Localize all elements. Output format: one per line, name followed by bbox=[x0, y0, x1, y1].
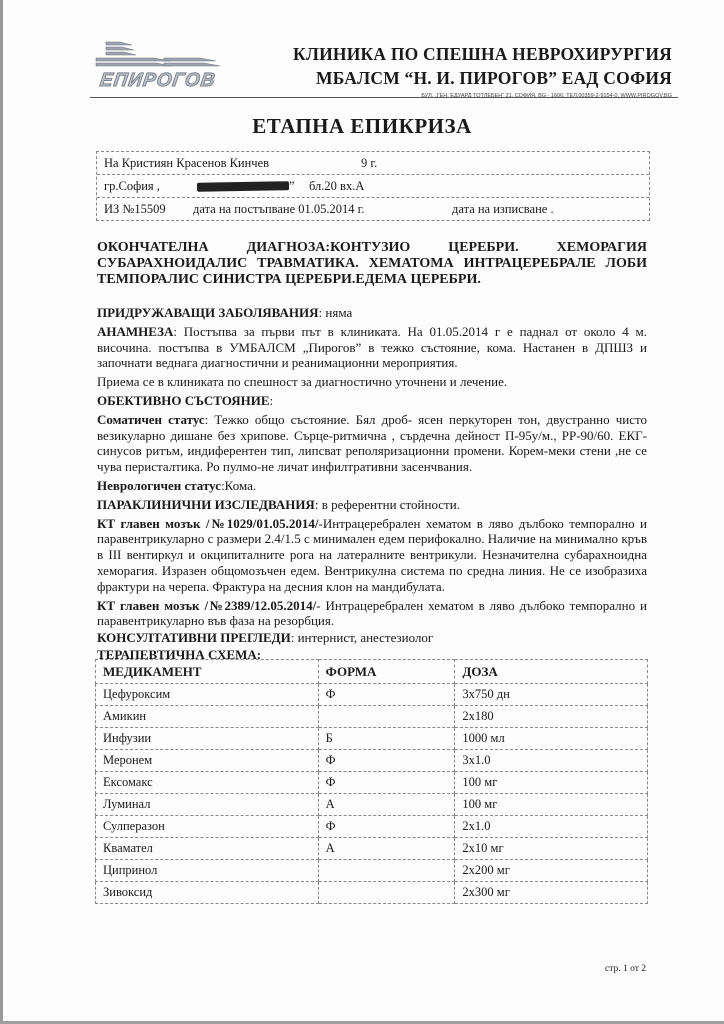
table-row: Амикин2х180 bbox=[96, 706, 648, 728]
page-number: стр. 1 от 2 bbox=[605, 964, 646, 974]
patient-name-row: На Кристиян Красенов Кинчев 9 г. bbox=[97, 152, 649, 175]
table-row: ЕксомаксФ100 мг bbox=[96, 772, 648, 794]
table-row: МеронемФ3х1.0 bbox=[96, 750, 648, 772]
table-row: СулперазонФ2х1.0 bbox=[96, 816, 648, 838]
paraclinic-label: ПАРАКЛИНИЧНИ ИЗСЛЕДВАНИЯ bbox=[97, 497, 315, 512]
final-diagnosis: ОКОНЧАТЕЛНА ДИАГНОЗА:КОНТУЗИО ЦЕРЕБРИ. Х… bbox=[97, 240, 647, 288]
form-cell: Ф bbox=[318, 772, 455, 794]
scan-edge bbox=[0, 0, 3, 1024]
form-cell bbox=[318, 860, 455, 882]
somatic-status: Соматичен статус: Тежко общо състояние. … bbox=[97, 412, 647, 475]
consult-label: КОНСУЛТАТИВНИ ПРЕГЛЕДИ bbox=[97, 630, 291, 645]
anamnesis-label: АНАМНЕЗА bbox=[97, 324, 173, 339]
medication-cell: Сулперазон bbox=[96, 816, 319, 838]
dose-cell: 3х750 дн bbox=[455, 684, 648, 706]
consultations: КОНСУЛТАТИВНИ ПРЕГЛЕДИ: интернист, анест… bbox=[97, 630, 647, 646]
street-quote: ” bbox=[289, 175, 295, 197]
dose-cell: 2х1.0 bbox=[455, 816, 648, 838]
table-row: Зивоксид2х300 мг bbox=[96, 882, 648, 904]
table-row: ИнфузииБ1000 мл bbox=[96, 728, 648, 750]
dose-cell: 2х180 bbox=[455, 706, 648, 728]
comorbidities: ПРИДРУЖАВАЩИ ЗАБОЛЯВАНИЯ: няма bbox=[97, 305, 647, 321]
medication-cell: Амикин bbox=[96, 706, 319, 728]
medication-cell: Ексомакс bbox=[96, 772, 319, 794]
medication-cell: Меронем bbox=[96, 750, 319, 772]
dose-cell: 3х1.0 bbox=[455, 750, 648, 772]
medication-cell: Цефуроксим bbox=[96, 684, 319, 706]
ct2-label: КТ главен мозък /№2389/12.05.2014/ bbox=[97, 598, 316, 613]
paraclinical-tests: ПАРАКЛИНИЧНИ ИЗСЛЕДВАНИЯ: в референтни с… bbox=[97, 497, 647, 513]
patient-info-box: На Кристиян Красенов Кинчев 9 г. гр.Софи… bbox=[96, 151, 650, 221]
dose-cell: 100 мг bbox=[455, 772, 648, 794]
form-cell: Ф bbox=[318, 684, 455, 706]
hospital-logo: ЕПИРОГОВ bbox=[92, 40, 252, 90]
form-cell bbox=[318, 706, 455, 728]
col-header-dose: ДОЗА bbox=[455, 660, 648, 684]
dose-cell: 2х10 мг bbox=[455, 838, 648, 860]
ct1-label: КТ главен мозък /№1029/01.05.2014/ bbox=[97, 516, 319, 531]
admission-note: Приема се в клиниката по спешност за диа… bbox=[97, 374, 647, 390]
clinical-sections: ПРИДРУЖАВАЩИ ЗАБОЛЯВАНИЯ: няма АНАМНЕЗА:… bbox=[97, 305, 647, 666]
record-number: ИЗ №15509 bbox=[104, 198, 166, 220]
comorbid-label: ПРИДРУЖАВАЩИ ЗАБОЛЯВАНИЯ bbox=[97, 305, 319, 320]
logo-text: ЕПИРОГОВ bbox=[98, 70, 216, 92]
patient-record-row: ИЗ №15509 дата на постъпване 01.05.2014 … bbox=[97, 198, 649, 220]
dose-cell: 2х300 мг bbox=[455, 882, 648, 904]
discharge-date: дата на изписване . bbox=[452, 198, 554, 220]
anamnesis: АНАМНЕЗА: Постъпва за първи път в клиник… bbox=[97, 324, 647, 371]
patient-city: гр.София , bbox=[104, 175, 160, 197]
hospital-name: МБАЛСМ “Н. И. ПИРОГОВ” ЕАД СОФИЯ bbox=[293, 68, 672, 89]
admission-date: дата на постъпване 01.05.2014 г. bbox=[193, 198, 365, 220]
comorbid-value: : няма bbox=[319, 305, 353, 320]
form-cell: А bbox=[318, 838, 455, 860]
header-divider bbox=[90, 97, 678, 98]
patient-name: На Кристиян Красенов Кинчев bbox=[104, 152, 269, 174]
form-cell: Ф bbox=[318, 750, 455, 772]
dose-cell: 100 мг bbox=[455, 794, 648, 816]
clinic-name: КЛИНИКА ПО СПЕШНА НЕВРОХИРУРГИЯ bbox=[293, 44, 672, 65]
objective-status: ОБЕКТИВНО СЪСТОЯНИЕ: bbox=[97, 393, 647, 409]
table-row: КваматeлА2х10 мг bbox=[96, 838, 648, 860]
ct-scan-2: КТ главен мозък /№2389/12.05.2014/- Интр… bbox=[97, 598, 647, 630]
document-title: ЕТАПНА ЕПИКРИЗА bbox=[0, 114, 724, 139]
table-row: Ципринол2х200 мг bbox=[96, 860, 648, 882]
form-cell: Ф bbox=[318, 816, 455, 838]
medication-cell: Инфузии bbox=[96, 728, 319, 750]
neuro-label: Неврологичен статус bbox=[97, 478, 221, 493]
clinic-header: КЛИНИКА ПО СПЕШНА НЕВРОХИРУРГИЯ МБАЛСМ “… bbox=[293, 44, 672, 99]
paraclinic-text: : в референтни стойности. bbox=[315, 497, 460, 512]
medication-cell: Луминал bbox=[96, 794, 319, 816]
logo-bars-icon bbox=[92, 40, 252, 70]
patient-building: бл.20 вх.А bbox=[309, 175, 364, 197]
anamnesis-text: : Постъпва за първи път в клиниката. На … bbox=[97, 324, 647, 371]
patient-age: 9 г. bbox=[361, 152, 377, 174]
neuro-text: :Кома. bbox=[221, 478, 256, 493]
col-header-medication: МЕДИКАМЕНТ bbox=[96, 660, 319, 684]
somatic-label: Соматичен статус bbox=[97, 412, 205, 427]
therapy-table: МЕДИКАМЕНТ ФОРМА ДОЗА ЦефуроксимФ3х750 д… bbox=[95, 659, 648, 904]
table-row: ЦефуроксимФ3х750 дн bbox=[96, 684, 648, 706]
patient-address-row: гр.София , ” бл.20 вх.А bbox=[97, 175, 649, 198]
hospital-address: БУЛ. „ГЕН. ЕДУАРД ТОТЛЕБЕН“ 21, СОФИЯ, B… bbox=[293, 93, 672, 99]
form-cell: Б bbox=[318, 728, 455, 750]
ct-scan-1: КТ главен мозък /№1029/01.05.2014/-Интра… bbox=[97, 516, 647, 595]
neurological-status: Неврологичен статус:Кома. bbox=[97, 478, 647, 494]
form-cell: А bbox=[318, 794, 455, 816]
dose-cell: 1000 мл bbox=[455, 728, 648, 750]
col-header-form: ФОРМА bbox=[318, 660, 455, 684]
consult-text: : интернист, анестезиолог bbox=[291, 630, 434, 645]
medication-cell: Зивоксид bbox=[96, 882, 319, 904]
medication-cell: Кваматeл bbox=[96, 838, 319, 860]
objective-label: ОБЕКТИВНО СЪСТОЯНИЕ bbox=[97, 393, 270, 408]
medication-cell: Ципринол bbox=[96, 860, 319, 882]
form-cell bbox=[318, 882, 455, 904]
table-row: ЛуминалА100 мг bbox=[96, 794, 648, 816]
table-header-row: МЕДИКАМЕНТ ФОРМА ДОЗА bbox=[96, 660, 648, 684]
redacted-street bbox=[197, 181, 289, 192]
dose-cell: 2х200 мг bbox=[455, 860, 648, 882]
objective-colon: : bbox=[270, 393, 274, 408]
